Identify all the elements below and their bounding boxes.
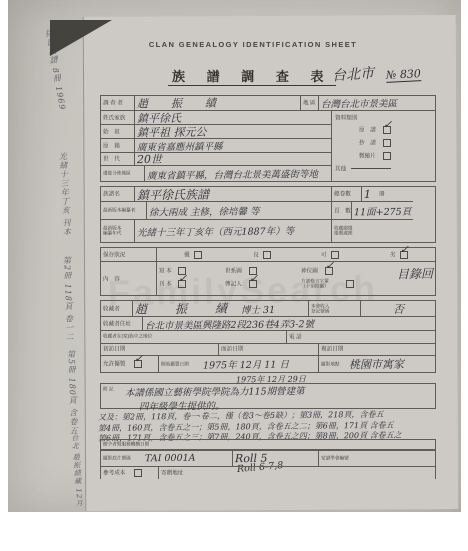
ancestor-label: 始 祖 (103, 128, 120, 136)
generation-label: 世 代 (103, 155, 120, 163)
content-option-printed: 刊 本 ✓ (159, 277, 225, 290)
film-no-label: 攝影底片號碼 (103, 456, 131, 461)
checkbox (383, 152, 391, 160)
film-date-value: 1975年 12月 11 日 (203, 357, 289, 372)
content-option-maxims: 方訓格言字輩（不須拍攝） (301, 277, 397, 290)
donor-row: 贈予者暨服務機構日期 (100, 439, 436, 450)
checkbox: ✓ (134, 360, 142, 368)
registry-label: 本會收入登記號碼 (311, 304, 329, 313)
checkbox: ✓ (325, 267, 333, 275)
phone-label: 電 話 (289, 333, 302, 341)
film-number-row: 攝影底片號碼 TAI 0001A Roll 5 Roll 6-7,8 家譜學會編… (100, 450, 436, 466)
second-visit-label: 面訪日期 (221, 345, 243, 353)
english-sheet-title: CLAN GENEALOGY IDENTIFICATION SHEET (128, 40, 378, 49)
revisit-label: 複訪日期 (321, 345, 343, 353)
film-place-label: 攝影地點 (321, 362, 339, 367)
registry-value: 否 (392, 300, 403, 316)
condition-option: 劣 ✓ (390, 248, 408, 261)
ancestor-value: 鎮平祖 探元公 (137, 123, 207, 140)
holder-label: 收藏者 (103, 305, 120, 313)
cost-label: 參考成本 (103, 469, 125, 477)
content-option-ancestral-chart: 神位圖 ✓ (301, 264, 397, 277)
checkbox: ✓ (400, 251, 408, 259)
permission-label: 允許攝製 (103, 360, 125, 368)
cost-row: 參考成本 寄贈地址 (100, 466, 436, 479)
volumes-value: 1 (364, 187, 371, 200)
origin-label: 原 籍 (103, 142, 120, 150)
content-option-pedigree-chart: 世系圖 (225, 264, 301, 277)
donor-label: 贈予者暨服務機構日期 (103, 442, 149, 447)
society-number-label: 家譜學會編號 (321, 456, 349, 461)
material-option-copy: 抄 譜 (335, 136, 405, 149)
checkmark-icon: ✓ (178, 272, 187, 285)
compiler-value: 徐大兩成 主修，徐培馨 等 (149, 203, 260, 218)
first-visit-label: 初訪日期 (103, 345, 125, 353)
content-option-biography: 傳記人 ✓ (225, 277, 301, 290)
material-option-original: 原 譜 ✓ (335, 123, 405, 136)
genealogy-book-table: 族譜名 鎮平徐氏族譜 最新版本編纂者 徐大兩成 主修，徐培馨 等 最新版本編纂年… (100, 186, 436, 243)
checkbox: ✓ (249, 280, 257, 288)
condition-content-table: 保存狀況 優 良 可 劣 ✓ (100, 247, 436, 296)
checkmark-icon: ✓ (325, 259, 334, 272)
checkbox (383, 139, 391, 147)
condition-option: 良 (253, 248, 271, 261)
send-address-label: 寄贈地址 (161, 469, 183, 477)
holder-title: 博士 31 (241, 301, 275, 315)
collector-table: 收藏者 趙 振 績 博士 31 本會收入登記號碼 否 收藏者住址 台北市景美區興… (100, 300, 436, 373)
checkmark-icon: ✓ (383, 118, 392, 131)
generation-value: 20世 (137, 151, 162, 167)
remarks-box: 附 記 本譜係國立藝術學院學院為力115期營建第 四年級學生提供的。 (100, 383, 436, 409)
checkbox: ✓ (178, 280, 186, 288)
holder-value: 趙 振 績 (135, 299, 235, 317)
checkbox (194, 251, 202, 259)
city-annotation: 台北市 (331, 63, 374, 86)
film-date-label: 開始攝製日期 (161, 362, 189, 367)
checkbox (134, 469, 142, 477)
checkbox (263, 251, 271, 259)
surveyor-label: 調 查 者 (103, 99, 123, 107)
checkmark-icon: ✓ (249, 272, 258, 285)
volumes-label: 總卷數 (334, 190, 351, 198)
era-value: 光緒十三年丁亥年（西元1887年）等 (137, 223, 294, 239)
content-option-manuscript: 寫 本 (159, 264, 225, 277)
address-value: 台北市景美區興隆路2段236巷4弄3-2號 (145, 316, 314, 332)
material-option-other: 其他 (335, 162, 405, 175)
checkbox: ✓ (383, 126, 391, 134)
book-name-label: 族譜名 (103, 190, 120, 198)
pages-value: 11面+275頁 (354, 203, 411, 218)
material-option-microfilm: 微縮片 (335, 149, 405, 162)
migration-label: 遷徙分佈地區 (103, 171, 131, 176)
compiler-label: 最新版本編纂者 (103, 208, 135, 213)
remarks-label: 附 記 (103, 387, 114, 392)
film-no-value: TAI 0001A (145, 453, 196, 465)
blank-line (351, 168, 391, 169)
screenshot-root: FamilySearch 徐氏族譜 8冊 1969 光緒十三年丁亥 刊本 第2冊… (0, 0, 468, 551)
area-label: 地 區 (303, 99, 316, 107)
checkbox (346, 280, 354, 288)
condition-option: 優 (184, 248, 202, 261)
book-name-value: 鎮平徐氏族譜 (137, 185, 209, 203)
content-label: 內 容 (103, 275, 120, 283)
film-place-value: 桃園市寓家 (349, 356, 404, 373)
checkmark-icon: ✓ (134, 352, 143, 365)
family-position-label: 收藏者在(家)族中之地位 (103, 334, 152, 339)
content-handwritten-note: 目錄回 (397, 265, 433, 282)
clan-label: 姓氏家族 (103, 114, 125, 122)
volumes-unit: 冊 (379, 190, 385, 198)
checkbox (331, 251, 339, 259)
era-label: 最新版本編纂年代 (103, 226, 121, 235)
remarks-overflow: 又及：第2冊，118頁，卷一·卷二，僅（卷3～卷5缺）；第3冊，218頁，含卷五… (98, 411, 446, 443)
checkmark-icon: ✓ (400, 243, 409, 256)
storage-label: 收藏縮微捲號處理 (334, 226, 352, 235)
serial-number: № 830 (386, 67, 422, 83)
pages-label: 頁 數 (334, 207, 351, 215)
clan-info-table: 調 查 者 趙 振 績 地 區 台灣台北市景美區 姓氏家族 鎮平徐氏 始 祖 鎮… (100, 95, 436, 182)
address-label: 收藏者住址 (103, 320, 131, 328)
area-value: 台灣台北市景美區 (321, 96, 397, 111)
condition-label: 保存狀況 (103, 251, 125, 259)
migration-value: 廣東省鎮平縣，台灣台北景美萬盛街等地 (147, 166, 318, 182)
form-title: 族 譜 調 查 表 (168, 69, 336, 86)
